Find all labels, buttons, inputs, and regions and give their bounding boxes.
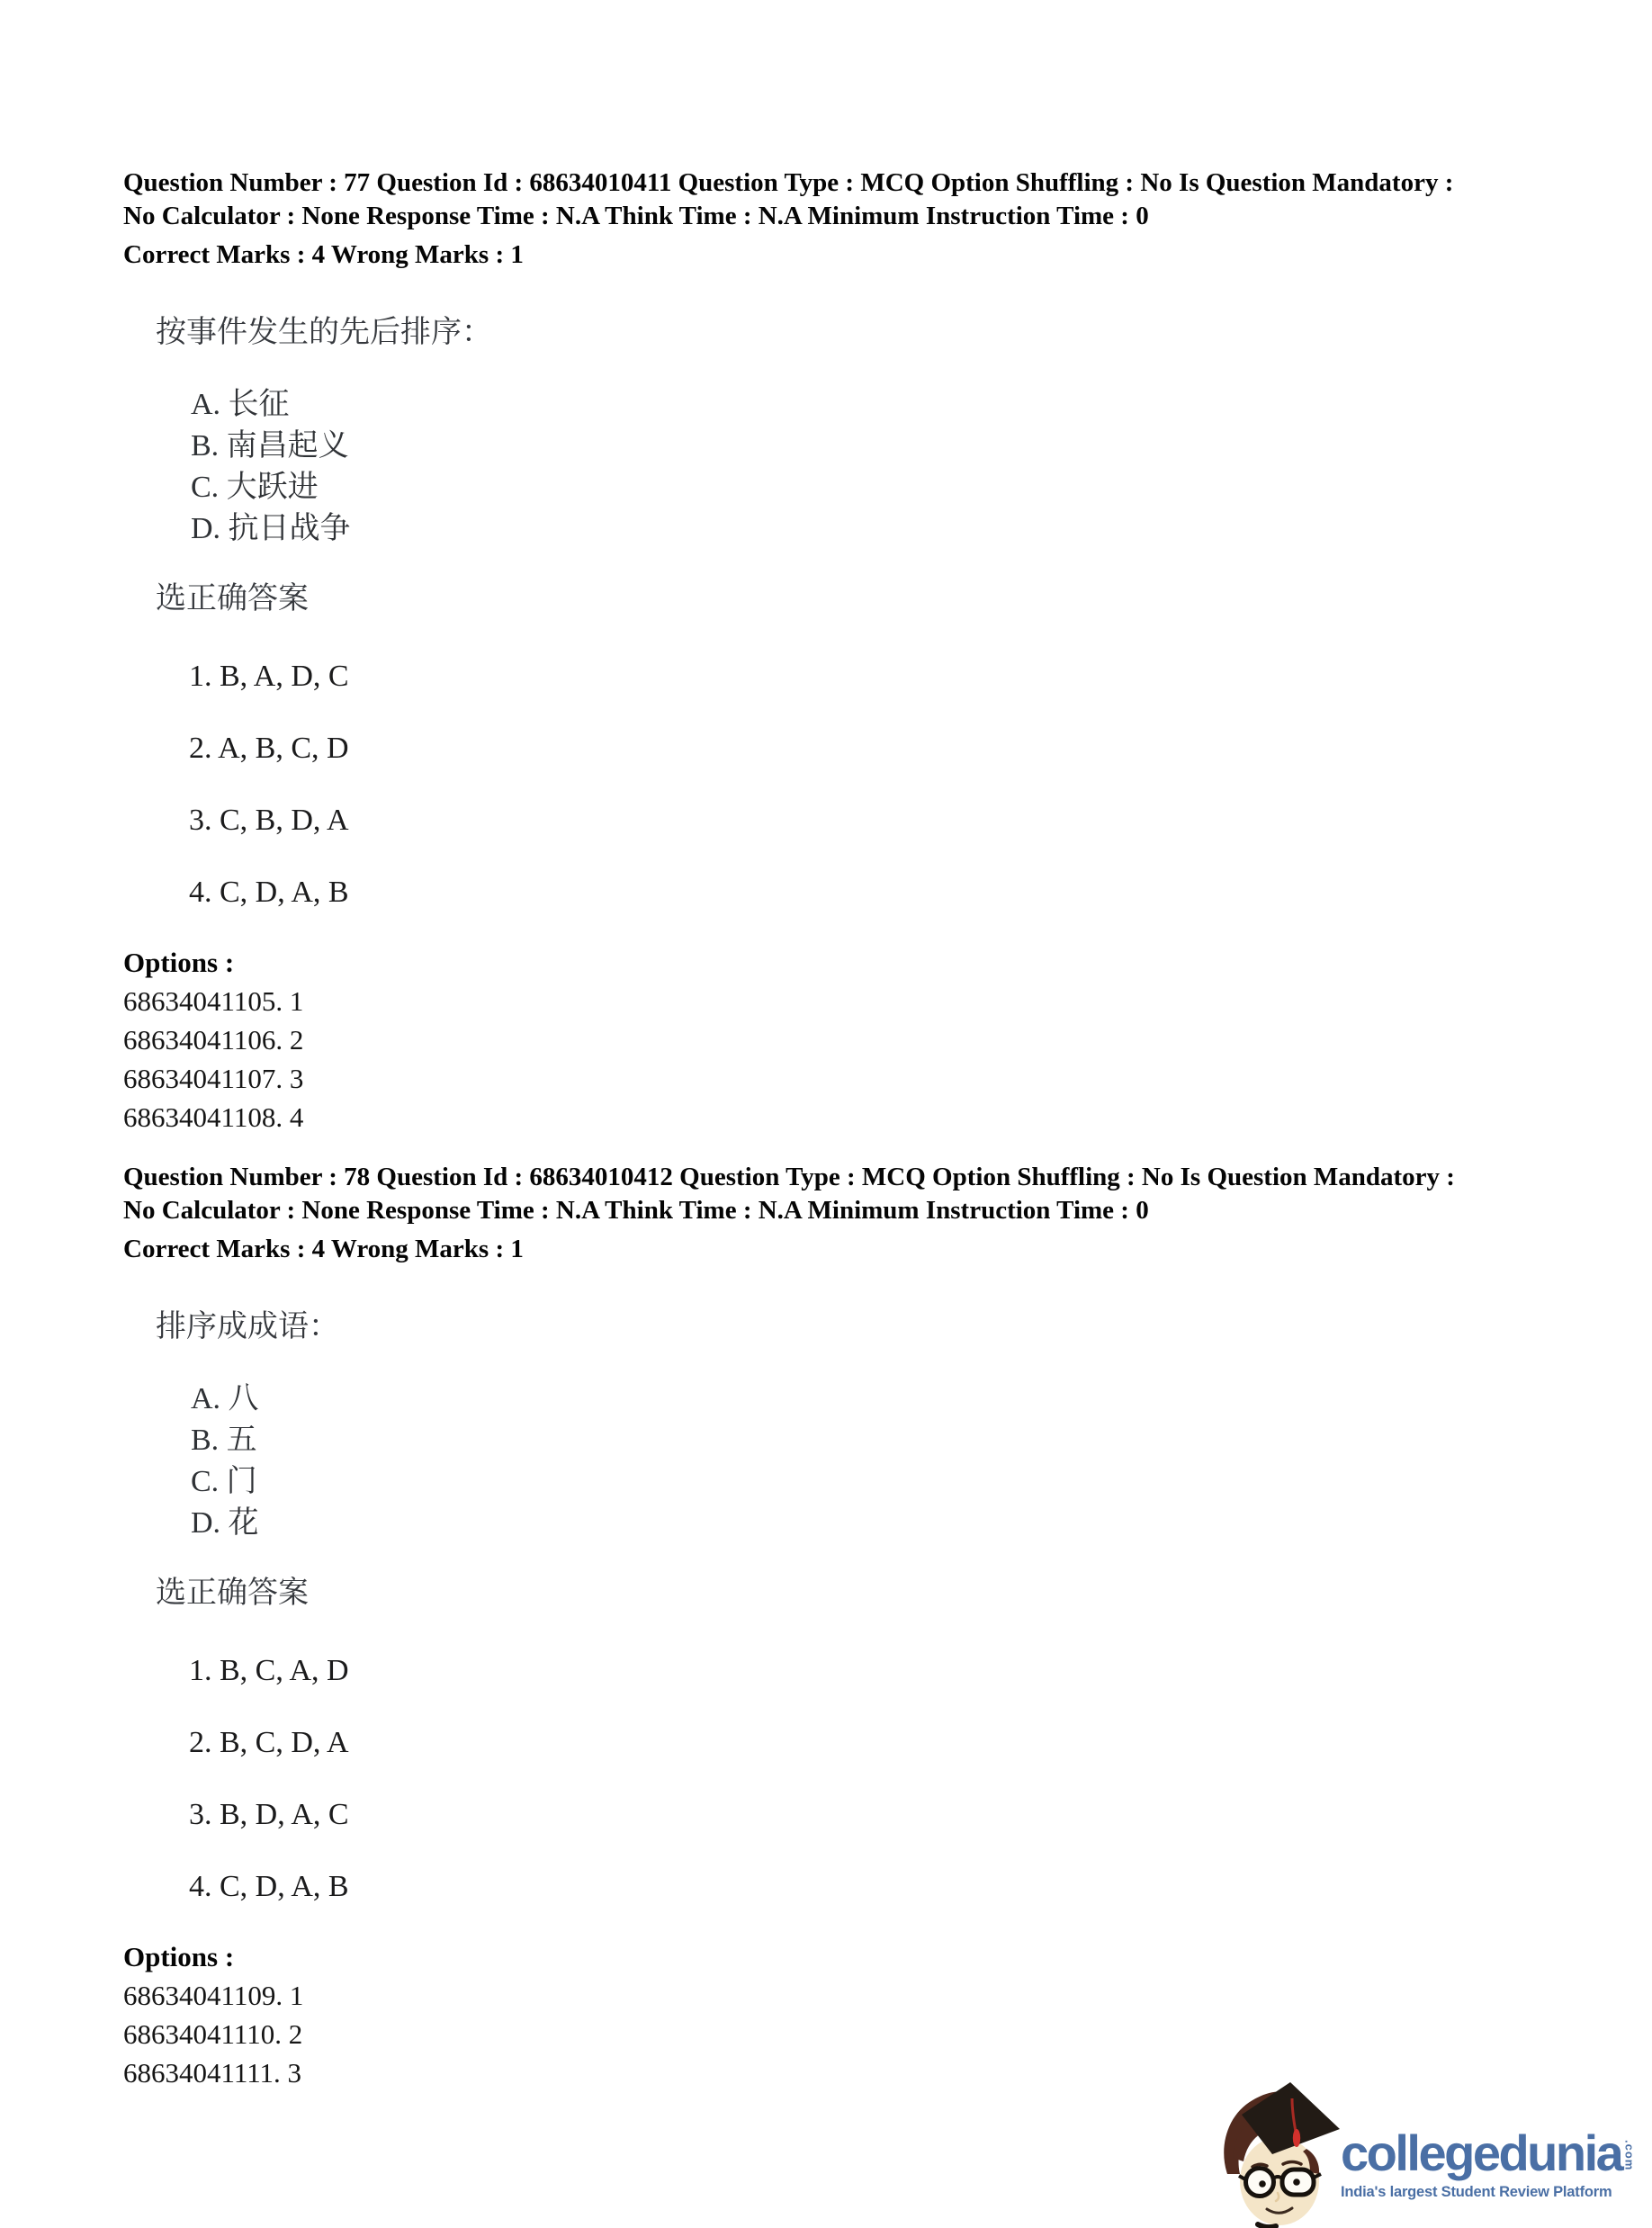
brand-wordmark: collegedunia [1341, 2127, 1621, 2179]
option-id-row: 68634041105. 1 [123, 982, 1599, 1020]
select-answer-label: 选正确答案 [156, 1572, 1599, 1613]
question-prompt: 按事件发生的先后排序： [156, 311, 1599, 353]
brand-wordmark-row: collegedunia .com [1341, 2127, 1636, 2179]
brand-domain-suffix: .com [1622, 2140, 1636, 2179]
graduation-cap-student-mascot-icon [1213, 2075, 1348, 2228]
option-id-row: 68634041107. 3 [123, 1059, 1599, 1098]
answer-option-3: 3. B, D, A, C [189, 1794, 1599, 1836]
option-id-row: 68634041110. 2 [123, 2015, 1599, 2053]
question-prompt: 排序成成语： [156, 1306, 1599, 1347]
answer-list: 1. B, A, D, C 2. A, B, C, D 3. C, B, D, … [189, 656, 1599, 913]
option-id-row: 68634041106. 2 [123, 1020, 1599, 1059]
option-id-row: 68634041109. 1 [123, 1976, 1599, 2015]
question-block-78: Question Number : 78 Question Id : 68634… [123, 1161, 1599, 2092]
question-meta-line: No Calculator : None Response Time : N.A… [123, 202, 1149, 230]
select-answer-label: 选正确答案 [156, 578, 1599, 619]
choice-item-a: A. 八 [191, 1379, 1599, 1420]
question-meta-line: Question Number : 77 Question Id : 68634… [123, 168, 1453, 197]
answer-option-2: 2. B, C, D, A [189, 1722, 1599, 1764]
answer-list: 1. B, C, A, D 2. B, C, D, A 3. B, D, A, … [189, 1650, 1599, 1908]
choice-item-d: D. 花 [191, 1503, 1599, 1544]
option-id-row: 68634041108. 4 [123, 1098, 1599, 1136]
answer-option-4: 4. C, D, A, B [189, 872, 1599, 913]
answer-option-1: 1. B, C, A, D [189, 1650, 1599, 1692]
choice-item-b: B. 五 [191, 1420, 1599, 1461]
choice-item-d: D. 抗日战争 [191, 508, 1599, 550]
question-meta-header: Question Number : 78 Question Id : 68634… [123, 1161, 1599, 1227]
brand-tagline: India's largest Student Review Platform [1341, 2184, 1636, 2201]
option-id-list: 68634041105. 1 68634041106. 2 6863404110… [123, 982, 1599, 1136]
brand-text-block: collegedunia .com India's largest Studen… [1341, 2127, 1636, 2201]
answer-option-4: 4. C, D, A, B [189, 1866, 1599, 1908]
options-heading: Options : [123, 1937, 1599, 1976]
marks-line: Correct Marks : 4 Wrong Marks : 1 [123, 238, 1599, 272]
marks-line: Correct Marks : 4 Wrong Marks : 1 [123, 1233, 1599, 1266]
question-meta-line: No Calculator : None Response Time : N.A… [123, 1196, 1149, 1225]
choice-item-a: A. 长征 [191, 384, 1599, 426]
answer-option-2: 2. A, B, C, D [189, 728, 1599, 769]
answer-option-1: 1. B, A, D, C [189, 656, 1599, 697]
choice-item-c: C. 门 [191, 1461, 1599, 1503]
answer-option-3: 3. C, B, D, A [189, 800, 1599, 841]
question-meta-header: Question Number : 77 Question Id : 68634… [123, 166, 1599, 233]
choice-item-b: B. 南昌起义 [191, 426, 1599, 467]
question-meta-line: Question Number : 78 Question Id : 68634… [123, 1163, 1455, 1191]
options-heading: Options : [123, 943, 1599, 982]
choice-list: A. 长征 B. 南昌起义 C. 大跃进 D. 抗日战争 [191, 384, 1599, 550]
collegedunia-logo: collegedunia .com India's largest Studen… [1213, 2075, 1647, 2228]
choice-item-c: C. 大跃进 [191, 467, 1599, 508]
choice-list: A. 八 B. 五 C. 门 D. 花 [191, 1379, 1599, 1544]
question-block-77: Question Number : 77 Question Id : 68634… [123, 166, 1599, 1136]
